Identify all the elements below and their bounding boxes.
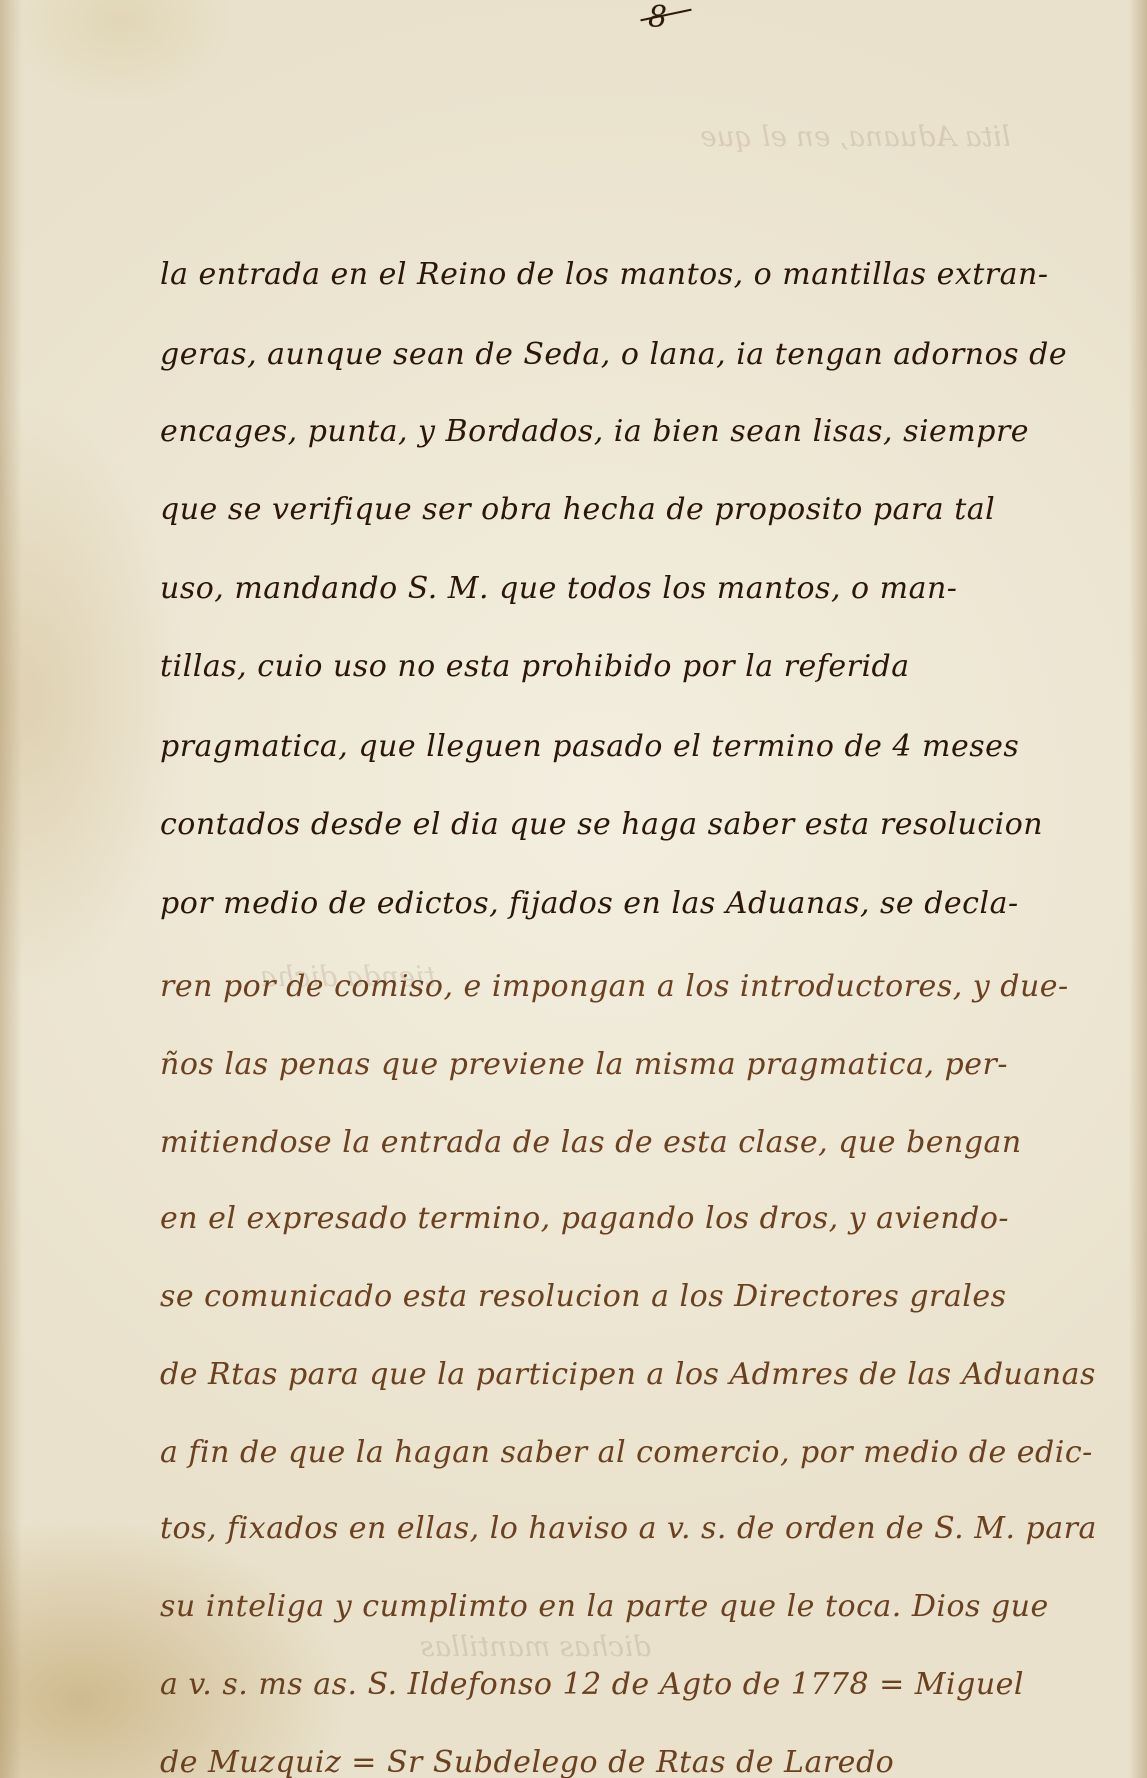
bleed-through-text: lita Aduana, en el que — [700, 120, 1011, 153]
text-line: por medio de edictos, fijados en las Adu… — [160, 887, 1120, 921]
text-line: pragmatica, que lleguen pasado el termin… — [160, 730, 1120, 764]
text-line: su inteliga y cumplimto en la parte que … — [160, 1590, 1120, 1624]
text-line: que se verifique ser obra hecha de propo… — [160, 493, 1120, 527]
bleed-through-text: dichas mantillas — [420, 1630, 651, 1663]
page-edge-shadow-right — [1129, 0, 1147, 1778]
text-line: ren por de comiso, e impongan a los intr… — [160, 970, 1120, 1004]
text-line: de Muzquiz = Sr Subdelego de Rtas de Lar… — [160, 1746, 1120, 1778]
page-edge-shadow-left — [0, 0, 22, 1778]
text-line: mitiendose la entrada de las de esta cla… — [160, 1126, 1120, 1160]
text-line: geras, aunque sean de Seda, o lana, ia t… — [160, 338, 1120, 372]
text-line: contados desde el dia que se haga saber … — [160, 808, 1120, 842]
text-line: se comunicado esta resolucion a los Dire… — [160, 1280, 1120, 1314]
text-line: tillas, cuio uso no esta prohibido por l… — [160, 650, 1120, 684]
text-line: uso, mandando S. M. que todos los mantos… — [160, 572, 1120, 606]
text-line: la entrada en el Reino de los mantos, o … — [160, 258, 1120, 292]
text-line: de Rtas para que la participen a los Adm… — [160, 1358, 1120, 1392]
text-line: en el expresado termino, pagando los dro… — [160, 1202, 1120, 1236]
text-line: ños las penas que previene la misma prag… — [160, 1048, 1120, 1082]
text-line: a v. s. ms as. S. Ildefonso 12 de Agto d… — [160, 1668, 1120, 1702]
text-line: encages, punta, y Bordados, ia bien sean… — [160, 415, 1120, 449]
manuscript-page: lita Aduana, en el que tienda dicha dich… — [0, 0, 1147, 1778]
text-line: a fin de que la hagan saber al comercio,… — [160, 1436, 1120, 1470]
text-line: tos, fixados en ellas, lo haviso a v. s.… — [160, 1512, 1120, 1546]
